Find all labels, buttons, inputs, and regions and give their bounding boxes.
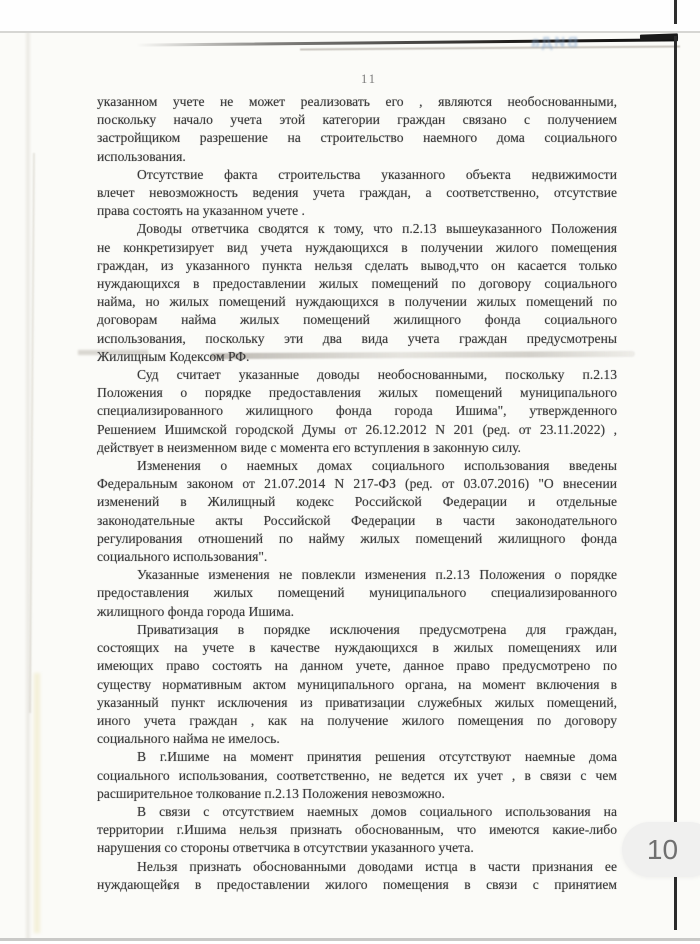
- document-text: указанном учете не может реализовать его…: [97, 93, 617, 894]
- scroll-page-indicator-label: 10: [647, 834, 678, 866]
- document-line: социального найма не имелось.: [97, 730, 617, 748]
- scroll-page-indicator[interactable]: 10: [622, 822, 700, 877]
- document-paragraph: Изменения о наемных домах социального ис…: [97, 457, 617, 566]
- document-line: иного учета граждан , как на получение ж…: [97, 712, 617, 730]
- document-line: жилищного фонда города Ишима.: [97, 603, 617, 621]
- document-line: указанном учете не может реализовать его…: [97, 93, 617, 111]
- scan-page-edge-line: [674, 0, 677, 24]
- document-line: Указанные изменения не повлекли изменени…: [97, 566, 617, 584]
- document-line: социального использования, соответственн…: [97, 767, 617, 785]
- document-line: В г.Ишиме на момент принятия решения отс…: [97, 748, 617, 766]
- document-paragraph: Доводы ответчика сводятся к тому, что п.…: [97, 220, 617, 366]
- document-line: не конкретизирует вид учета нуждающихся …: [97, 239, 617, 257]
- document-line: изменений в Жилищный кодекс Российской Ф…: [97, 493, 617, 511]
- document-line: Положения о порядке предоставления жилых…: [97, 384, 617, 402]
- document-line: нарушения со стороны ответчика в отсутст…: [97, 839, 617, 857]
- document-line: социального использования".: [97, 548, 617, 566]
- document-line: Отсутствие факта строительства указанног…: [97, 166, 617, 184]
- document-line: Изменения о наемных домах социального ис…: [97, 457, 617, 475]
- document-line: В связи с отсутствием наемных домов соци…: [97, 803, 617, 821]
- document-line: Решением Ишимской городской Думы от 26.1…: [97, 421, 617, 439]
- document-line: найма, но жилых помещений нуждающихся в …: [97, 293, 617, 311]
- document-line: Жилищным Кодексом РФ.: [97, 348, 617, 366]
- document-line: права состоять на указанном учете .: [97, 202, 617, 220]
- document-line: существу нормативным актом муниципальног…: [97, 676, 617, 694]
- document-line: использования.: [97, 148, 617, 166]
- document-line: специализированного жилищного фонда горо…: [97, 402, 617, 420]
- document-line: законодательные акты Российской Федераци…: [97, 512, 617, 530]
- document-paragraph: Отсутствие факта строительства указанног…: [97, 166, 617, 221]
- document-paragraph: В г.Ишиме на момент принятия решения отс…: [97, 748, 617, 803]
- document-line: действует в неизменном виде с момента ег…: [97, 439, 617, 457]
- document-line: регулирования отношений по найму жилых п…: [97, 530, 617, 548]
- document-line: территории г.Ишима нельзя признать обосн…: [97, 821, 617, 839]
- document-line: имеющих право состоять на данном учете, …: [97, 657, 617, 675]
- document-line: застройщиком разрешение на строительство…: [97, 129, 617, 147]
- document-line: Приватизация в порядке исключения предус…: [97, 621, 617, 639]
- page-number: 11: [109, 72, 629, 87]
- document-line: граждан, из указанного пункта нельзя сде…: [97, 257, 617, 275]
- document-line: влечет невозможность ведения учета гражд…: [97, 184, 617, 202]
- scanned-page: ВИДа 11 указанном учете не может реализо…: [0, 33, 700, 938]
- ink-bleed-text: ВИДа: [468, 34, 578, 51]
- document-paragraph: Приватизация в порядке исключения предус…: [97, 621, 617, 748]
- document-line: использования, поскольку эти два вида уч…: [97, 330, 617, 348]
- page-separator-bottom: [0, 938, 700, 941]
- document-line: Федеральным законом от 21.07.2014 N 217-…: [97, 475, 617, 493]
- document-paragraph: В связи с отсутствием наемных домов соци…: [97, 803, 617, 858]
- document-line: расширительное толкование п.2.13 Положен…: [97, 785, 617, 803]
- document-line: предоставления жилых помещений муниципал…: [97, 584, 617, 602]
- document-line: поскольку начало учета этой категории гр…: [97, 111, 617, 129]
- document-line: Доводы ответчика сводятся к тому, что п.…: [97, 220, 617, 238]
- document-paragraph: Указанные изменения не повлекли изменени…: [97, 566, 617, 621]
- scan-right-edge-line: [674, 36, 677, 930]
- document-paragraph: Суд считает указанные доводы необоснован…: [97, 366, 617, 457]
- document-line: указанный пункт исключения из приватизац…: [97, 694, 617, 712]
- paper-stain: [34, 673, 40, 933]
- document-line: договорам найма жилых помещений жилищног…: [97, 311, 617, 329]
- document-paragraph: указанном учете не может реализовать его…: [97, 93, 617, 166]
- document-line: нуждающейся в предоставлении жилого поме…: [97, 876, 617, 894]
- document-scan-viewer: ВИДа 11 указанном учете не может реализо…: [0, 0, 700, 944]
- document-line: состоящих на учете в качестве нуждающихс…: [97, 639, 617, 657]
- previous-page-edge: [0, 0, 700, 31]
- document-paragraph: Нельзя признать обоснованными доводами и…: [97, 858, 617, 894]
- document-line: Суд считает указанные доводы необоснован…: [97, 366, 617, 384]
- document-line: Нельзя признать обоснованными доводами и…: [97, 858, 617, 876]
- document-line: нуждающихся в предоставлении жилых помещ…: [97, 275, 617, 293]
